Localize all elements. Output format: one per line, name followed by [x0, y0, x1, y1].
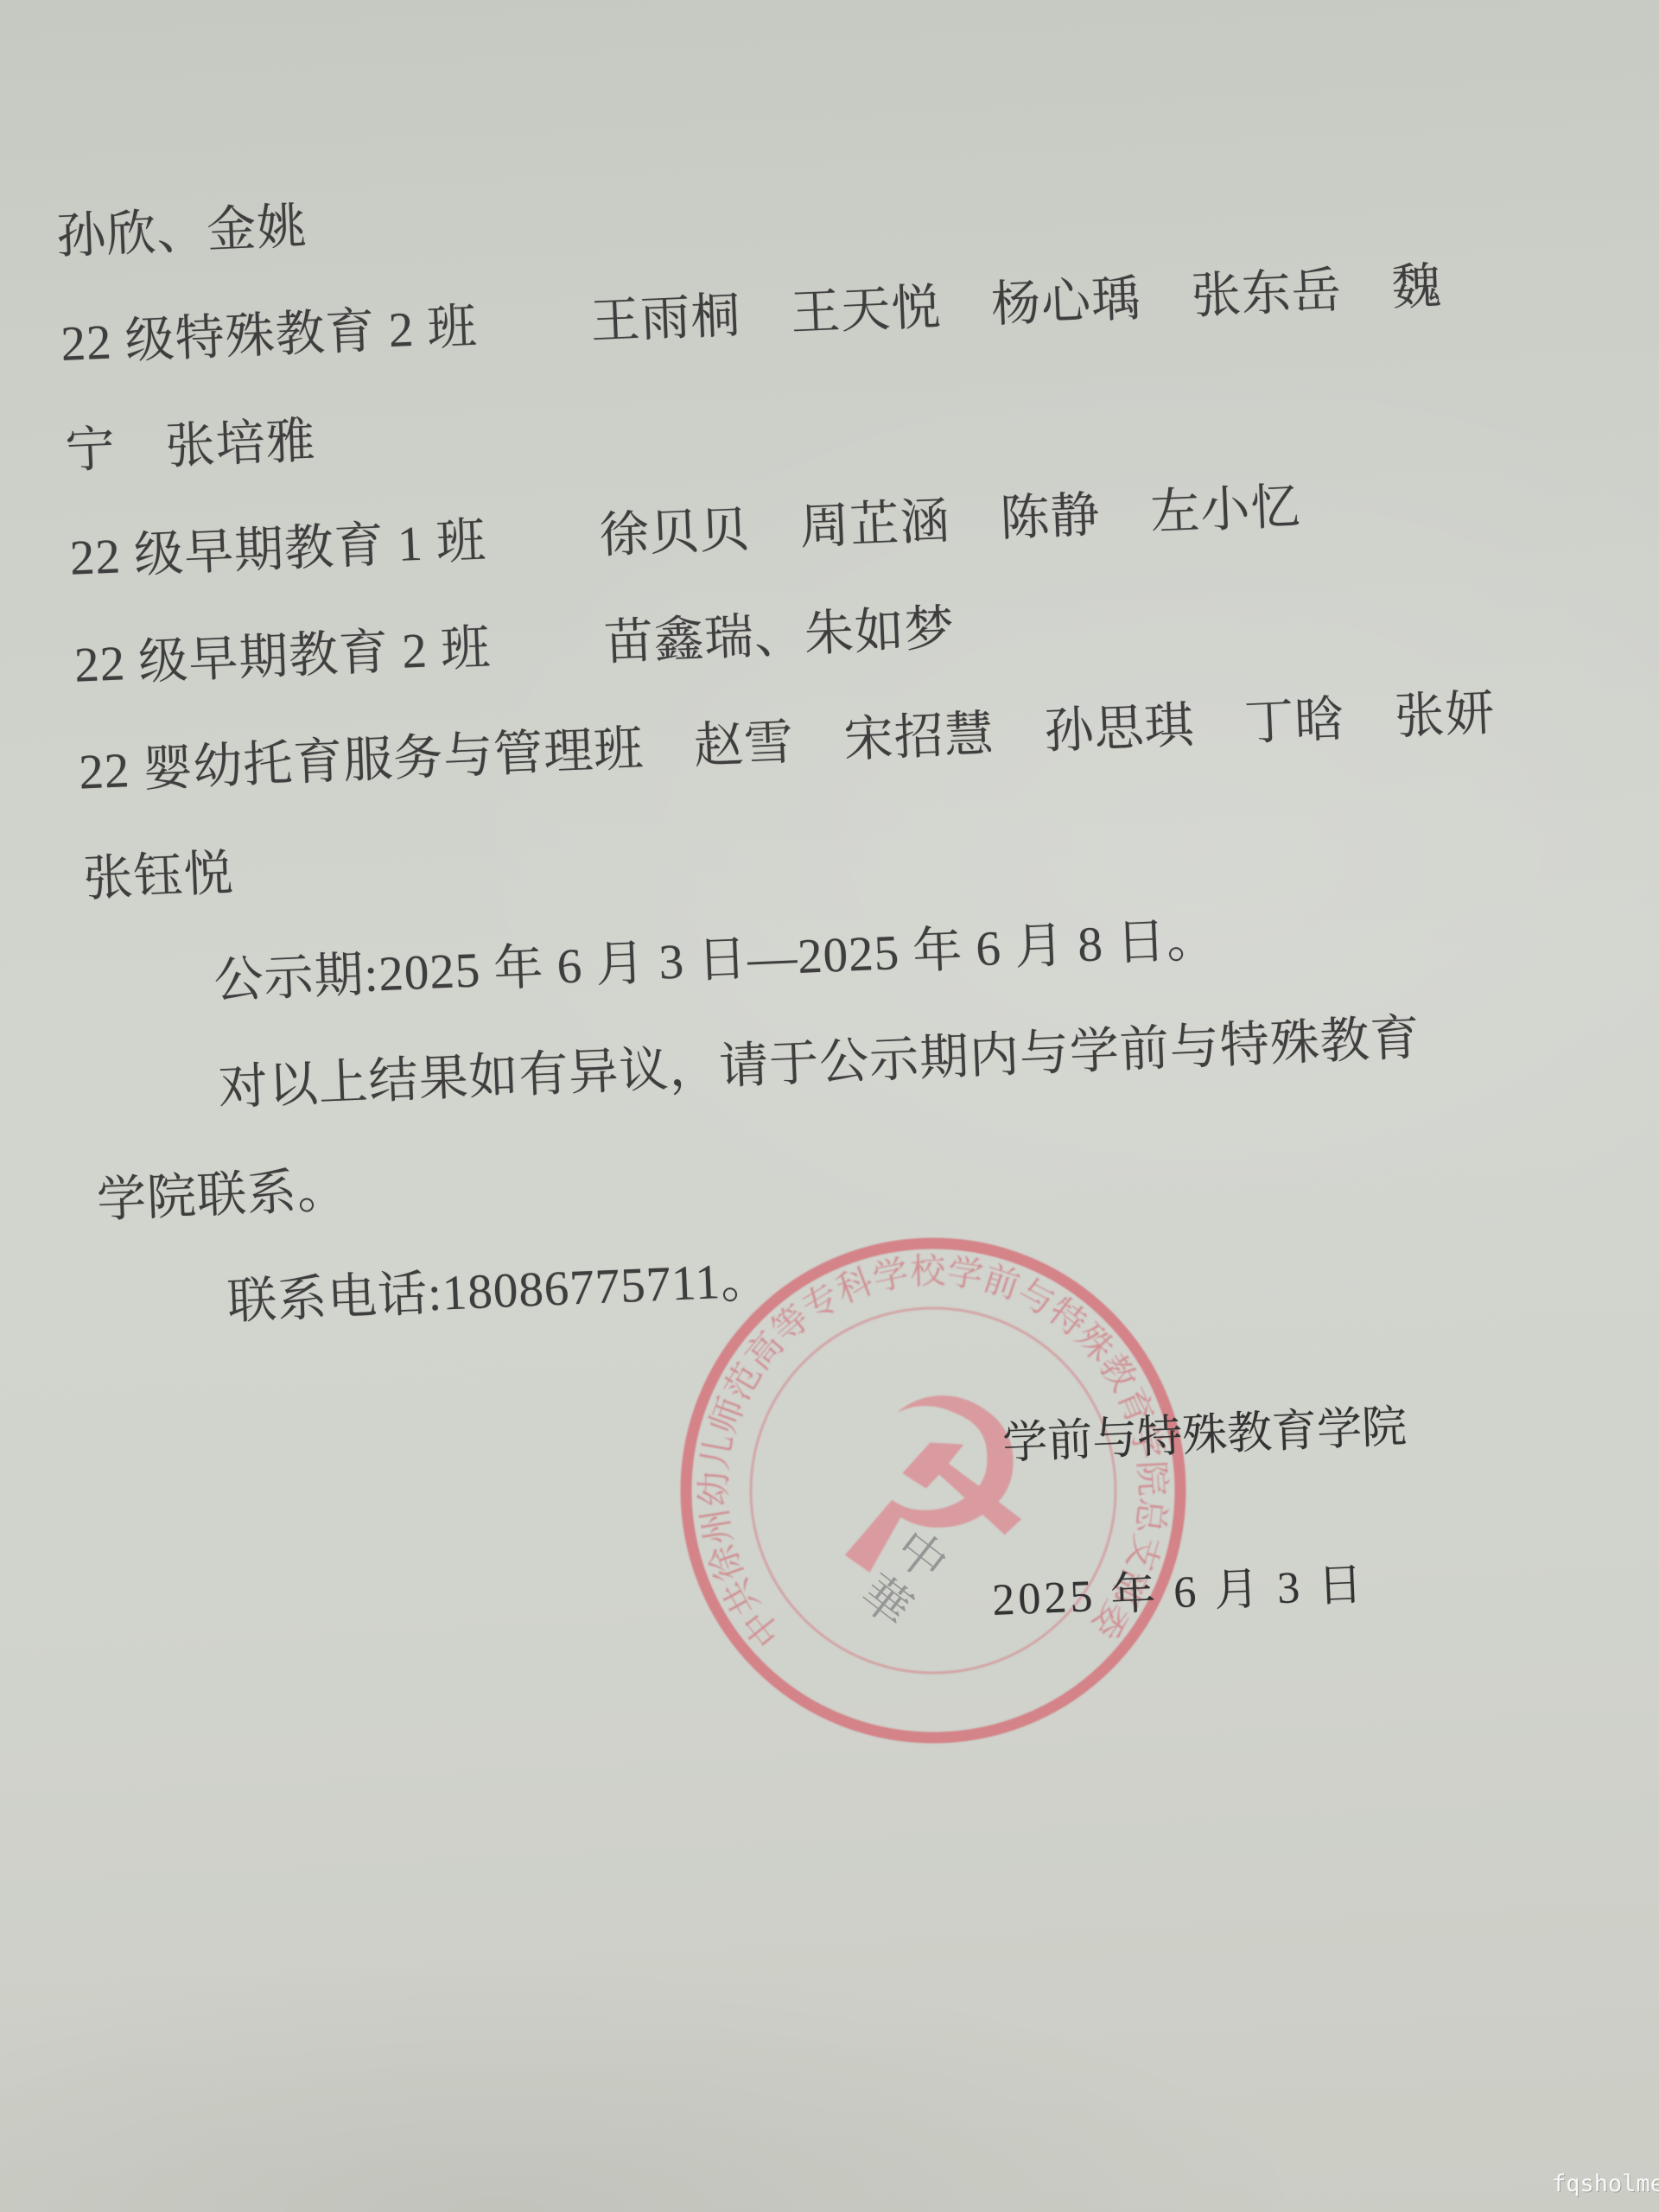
- document-text-block: 孙欣、金姚 22 级特殊教育 2 班 王雨桐 王天悦 杨心瑀 张东岳 魏 宁 张…: [54, 125, 1520, 1362]
- photographed-document: { "doc": { "lines": [ "孙欣、金姚", "22 级特殊教育…: [0, 0, 1659, 2212]
- photo-watermark: fqsholmes.com: [1552, 2171, 1659, 2197]
